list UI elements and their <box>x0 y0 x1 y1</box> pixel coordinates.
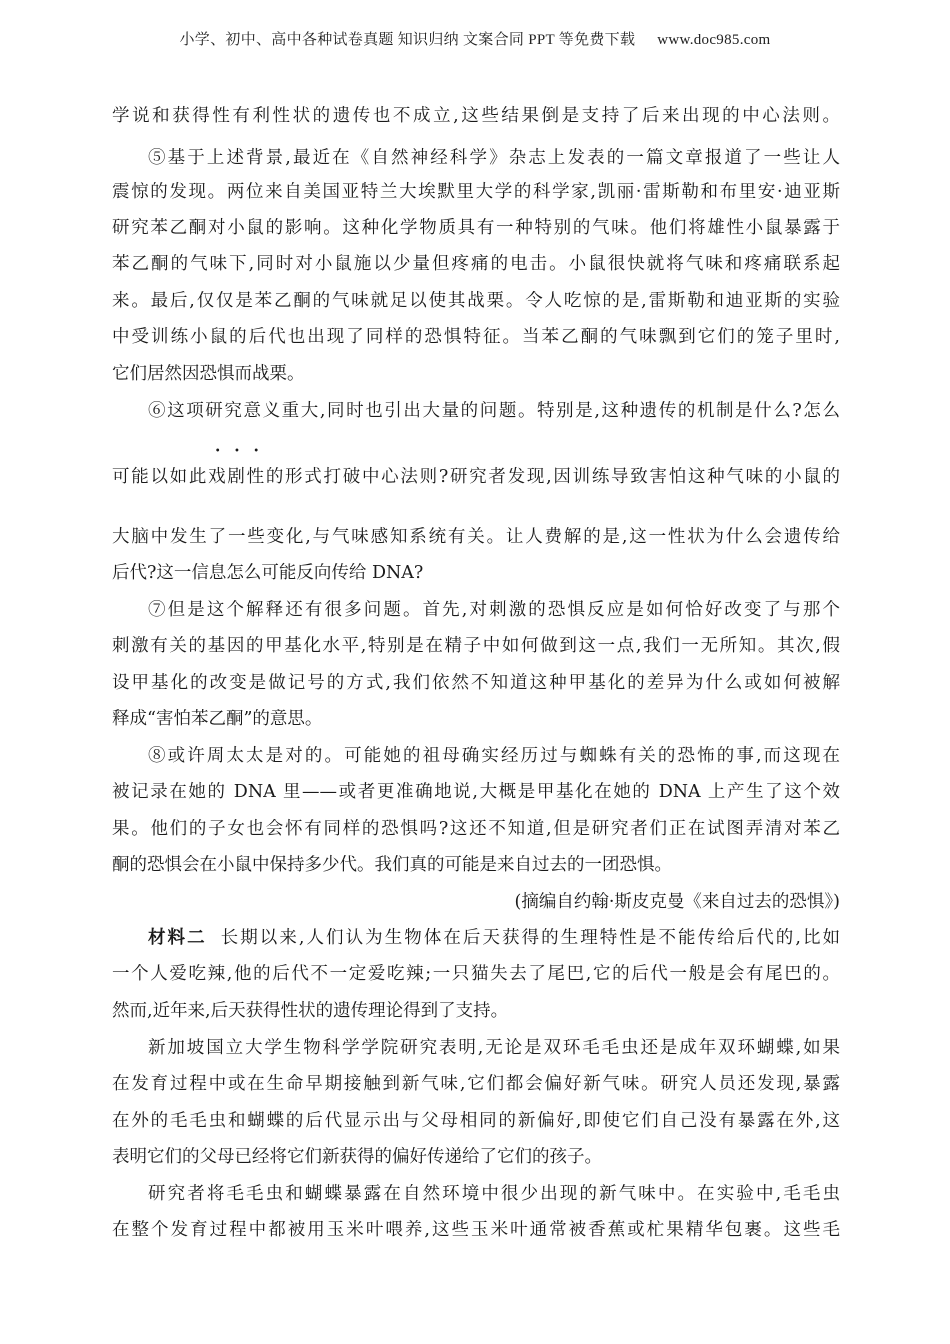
text-segment: 长期以来,人们认为生物体在后天获得的生理特性是不能传给后代的,比如 <box>221 928 840 948</box>
text-line: 酮的恐惧会在小鼠中保持多少代。我们真的可能是来自过去的一团恐惧。 <box>112 853 840 877</box>
text-line: 它们居然因恐惧而战栗。 <box>112 362 840 386</box>
text-line: 表明它们的父母已经将它们新获得的偏好传递给了它们的孩子。 <box>112 1145 840 1169</box>
source-attribution: (摘编自约翰·斯皮克曼《来自过去的恐惧》) <box>112 890 840 914</box>
material-2-start: 材料二长期以来,人们认为生物体在后天获得的生理特性是不能传给后代的,比如 <box>148 926 840 950</box>
header-site: www.doc985.com <box>657 32 770 48</box>
paragraph-8-start: ⑧或许周太太是对的。可能她的祖母确实经历过与蜘蛛有关的恐怖的事,而这现在 <box>148 744 840 768</box>
text-line: 学说和获得性有利性状的遗传也不成立,这些结果倒是支持了后来出现的中心法则。 <box>112 104 840 128</box>
paragraph-start: 新加坡国立大学生物科学学院研究表明,无论是双环毛毛虫还是成年双环蝴蝶,如果 <box>148 1036 840 1060</box>
emphasis-char: 戏 <box>208 467 227 487</box>
text-line: 大脑中发生了一些变化,与气味感知系统有关。让人费解的是,这一性状为什么会遗传给 <box>112 525 840 549</box>
text-line: 后代?这一信息怎么可能反向传给 DNA? <box>112 561 840 585</box>
emphasis-char: 剧 <box>227 467 246 487</box>
paragraph-5-start: ⑤基于上述背景,最近在《自然神经科学》杂志上发表的一篇文章报道了一些让人 <box>148 146 840 170</box>
text-line: 中受训练小鼠的后代也出现了同样的恐惧特征。当苯乙酮的气味飘到它们的笼子里时, <box>112 325 840 349</box>
text-line: 震惊的发现。两位来自美国亚特兰大埃默里大学的科学家,凯丽·雷斯勒和布里安·迪亚斯 <box>112 180 840 204</box>
text-line: 在外的毛毛虫和蝴蝶的后代显示出与父母相同的新偏好,即使它们自己没有暴露在外,这 <box>112 1109 840 1133</box>
paragraph-7-start: ⑦但是这个解释还有很多问题。首先,对刺激的恐惧反应是如何恰好改变了与那个 <box>148 598 840 622</box>
text-line: 设甲基化的改变是做记号的方式,我们依然不知道这种甲基化的差异为什么或如何被解 <box>112 671 840 695</box>
text-line: 在发育过程中或在生命早期接触到新气味,它们都会偏好新气味。研究人员还发现,暴露 <box>112 1072 840 1096</box>
text-line: 被记录在她的 DNA 里——或者更准确地说,大概是甲基化在她的 DNA 上产生了… <box>112 780 840 804</box>
text-line: 来。最后,仅仅是苯乙酮的气味就足以使其战栗。令人吃惊的是,雷斯勒和迪亚斯的实验 <box>112 289 840 313</box>
text-line-with-emphasis: 可能以如此戏剧性的形式打破中心法则?研究者发现,因训练导致害怕这种气味的小鼠的 <box>112 465 840 489</box>
header-text: 小学、初中、高中各种试卷真题 知识归纳 文案合同 PPT 等免费下载 <box>180 32 636 48</box>
text-line: 一个人爱吃辣,他的后代不一定爱吃辣;一只猫失去了尾巴,它的后代一般是会有尾巴的。 <box>112 962 840 986</box>
text-line: 果。他们的子女也会怀有同样的恐惧吗?这还不知道,但是研究者们正在试图弄清对苯乙 <box>112 817 840 841</box>
text-segment: 的形式打破中心法则?研究者发现,因训练导致害怕这种气味的小鼠的 <box>266 467 840 487</box>
text-line: 研究苯乙酮对小鼠的影响。这种化学物质具有一种特别的气味。他们将雄性小鼠暴露于 <box>112 216 840 240</box>
paragraph-6-start: ⑥这项研究意义重大,同时也引出大量的问题。特别是,这种遗传的机制是什么?怎么 <box>148 399 840 423</box>
page-header: 小学、初中、高中各种试卷真题 知识归纳 文案合同 PPT 等免费下载www.do… <box>0 28 950 49</box>
text-line: 然而,近年来,后天获得性状的遗传理论得到了支持。 <box>112 999 840 1023</box>
text-line: 苯乙酮的气味下,同时对小鼠施以少量但疼痛的电击。小鼠很快就将气味和疼痛联系起 <box>112 252 840 276</box>
emphasis-char: 性 <box>247 467 266 487</box>
text-line: 刺激有关的基因的甲基化水平,特别是在精子中如何做到这一点,我们一无所知。其次,假 <box>112 634 840 658</box>
paragraph-start: 研究者将毛毛虫和蝴蝶暴露在自然环境中很少出现的新气味中。在实验中,毛毛虫 <box>148 1182 840 1206</box>
material-label: 材料二 <box>148 928 207 948</box>
text-line: 在整个发育过程中都被用玉米叶喂养,这些玉米叶通常被香蕉或杧果精华包裹。这些毛 <box>112 1218 840 1242</box>
text-line: 释成“害怕苯乙酮”的意思。 <box>112 707 840 731</box>
text-segment: 可能以如此 <box>112 467 208 487</box>
